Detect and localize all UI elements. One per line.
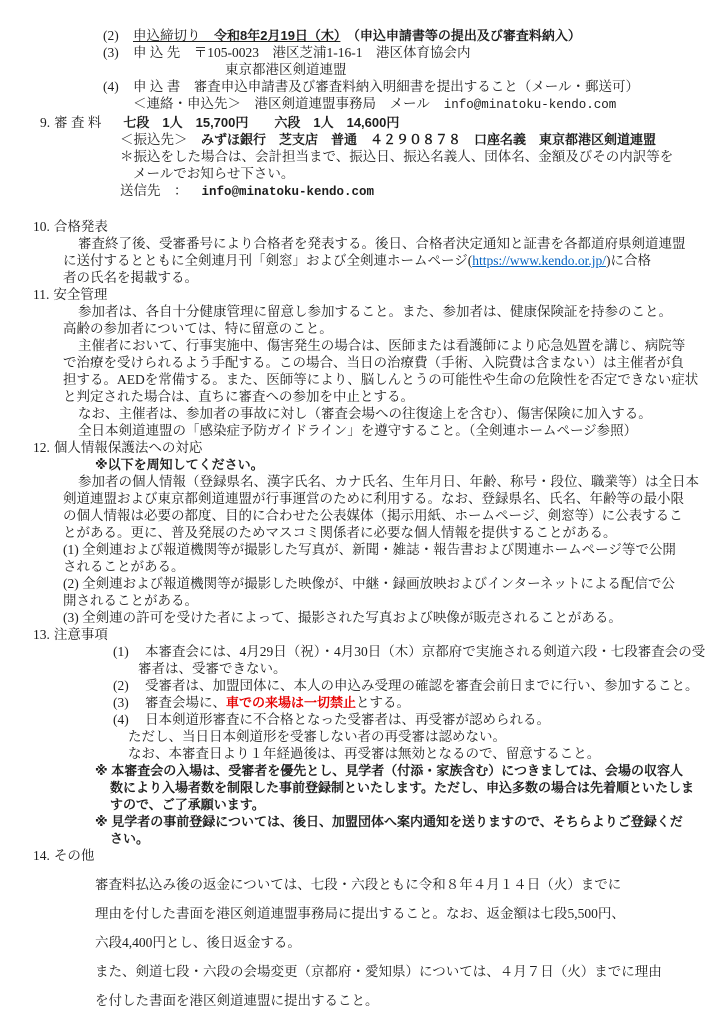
section-number: 9. [40,114,50,131]
body-text: 担する。AEDを常備する。また、医師等により、脳しんとうの可能性や生命の危険性を… [63,372,698,387]
safety-line: 担する。AEDを常備する。また、医師等により、脳しんとうの可能性や生命の危険性を… [63,371,706,388]
transfer-note-line-2: メールでお知らせ下さい。 [133,165,706,182]
body-text: 全日本剣道連盟の「感染症予防ガイドライン」を遵守すること。（全剣連ホームページ参… [78,423,637,438]
privacy-item-line: (1) 全剣連および報道機関等が撮影した写真が、新聞・雑誌・報告書および関連ホー… [63,541,706,558]
section-title: 審 査 料 [54,115,101,130]
section-title: 安全管理 [53,287,107,302]
section-title: 合格発表 [54,219,108,234]
item-number: (1) [113,643,145,660]
body-text: )に合格 [606,253,651,268]
body-text: を付した書面を港区剣道連盟に提出すること。 [95,993,379,1008]
admission-notice-line: すので、ご了承願います。 [110,796,706,813]
body-text: (1) 全剣連および報道機関等が撮影した写真が、新聞・雑誌・報告書および関連ホー… [63,542,676,557]
body-text: で治療を受けられるよう手配する。この場合、当日の治療費（手術、入院費は含まない）… [63,355,684,370]
body-text: の個人情報は必要の都度、目的に合わせた公表媒体（掲示用紙、ホームページ、剣窓等）… [63,508,683,523]
refund-line: 理由を付した書面を港区剣道連盟事務局に提出すること。なお、返金額は七段5,500… [95,899,706,928]
privacy-line: 剣道連盟および東京都剣道連盟が行事運営のために利用する。なお、登録県名、氏名、年… [63,490,706,507]
admission-notice-line: ※ 本審査会の入場は、受審者を優先とし、見学者（付添・家族含む）につきましては、… [95,762,706,779]
body-text: 審査終了後、受審番号により合格者を発表する。後日、合格者決定通知と証書を各都道府… [78,236,686,251]
section-12-header: 12.個人情報保護法への対応 [33,439,706,456]
caution-item-1-wrap: 審者は、受審できない。 [138,660,706,677]
section-title: 個人情報保護法への対応 [54,440,203,455]
bank-details: みずほ銀行 芝支店 普通 ４２９０８７８ 口座名義 東京都港区剣道連盟 [201,132,656,147]
transfer-note-text: ＊振込をした場合は、会計担当まで、振込日、振込名義人、団体名、金額及びその内訳等… [120,149,673,164]
deadline-label: 申込締切り [133,28,214,43]
contact-email: info@minatoku-kendo.com [444,98,617,112]
section-number: 13. [33,626,50,643]
form-text: 申 込 書 審査申込申請書及び審査料納入明細書を提出すること（メール・郵送可） [133,79,639,94]
body-text: 審者は、受審できない。 [138,661,287,676]
section-14-body: 審査料払込み後の返金については、七段・六段ともに令和８年４月１４日（火）までに … [33,870,706,1015]
privacy-item-line: 開されることがある。 [63,592,706,609]
body-text: 理由を付した書面を港区剣道連盟事務局に提出すること。なお、返金額は七段5,500… [95,906,625,921]
body-text: 本審査会には、4月29日（祝）・4月30日（木）京都府で実施される剣道六段・七段… [145,644,705,659]
body-text: に送付するとともに全剣連月刊「剣窓」および全剣連ホームページ( [63,253,472,268]
caution-item-4-sub: ただし、当日日本剣道形を受審しない者の再受審は認めない。 [128,728,706,745]
section-number: 12. [33,439,50,456]
caution-item-4: (4)日本剣道形審査に不合格となった受審者は、再受審が認められる。 [113,711,706,728]
admission-notice-line: 数により入場者数を制限した事前登録制といたします。ただし、申込多数の場合は先着順… [110,779,706,796]
item-number: (2) [113,677,145,694]
section-number: 10. [33,218,50,235]
body-text: とする。 [356,695,410,710]
section-number: 11. [33,286,49,303]
kendo-homepage-link[interactable]: https://www.kendo.or.jp/ [472,253,606,268]
safety-line: で治療を受けられるよう手配する。この場合、当日の治療費（手術、入院費は含まない）… [63,354,706,371]
visitor-registration-line: ※ 見学者の事前登録については、後日、加盟団体へ案内通知を送りますので、そちらよ… [95,813,706,830]
application-form-line: (4)申 込 書 審査申込申請書及び審査料納入明細書を提出すること（メール・郵送… [103,78,706,95]
no-car-warning: 車での来場は一切禁止 [226,695,356,710]
notice-text: さい。 [110,831,149,846]
privacy-item-line: (2) 全剣連および報道機関等が撮影した映像が、中継・録画放映およびインターネッ… [63,575,706,592]
venue-change-line: を付した書面を港区剣道連盟に提出すること。 [95,986,706,1015]
venue-change-line: また、剣道七段・六段の会場変更（京都府・愛知県）については、４月７日（火）までに… [95,957,706,986]
privacy-item-line: (3) 全剣連の許可を受けた者によって、撮影された写真および映像が販売されること… [63,609,706,626]
privacy-line: とがある。更に、普及発展のためマスコミ関係者に必要な個人情報を提供することがある… [63,524,706,541]
section-14-header: 14.その他 [33,847,706,864]
body-text: なお、主催者は、参加者の事故に対し（審査会場への往復途上を含む）、傷害保険に加入… [78,406,652,421]
body-text: 受審者は、加盟団体に、本人の申込み受理の確認を審査会前日までに行い、参加すること… [145,678,699,693]
document-page: (2)申込締切り 令和8年2月19日（木） （申込申請書等の提出及び審査料納入）… [0,0,724,1024]
deadline-note: （申込申請書等の提出及び審査料納入） [340,28,581,43]
send-to-label: 送信先 ： [120,183,188,198]
section-number: 14. [33,847,50,864]
privacy-line: 参加者の個人情報（登録県名、漢字氏名、カナ氏名、生年月日、年齢、称号・段位、職業… [78,473,706,490]
transfer-note-text: メールでお知らせ下さい。 [133,166,294,181]
item-number: (2) [103,27,133,44]
safety-line: 参加者は、各自十分健康管理に留意し参加すること。また、参加者は、健康保険証を持参… [78,303,706,320]
contact-label: ＜連絡・申込先＞ 港区剣道連盟事務局 メール [133,96,430,111]
safety-line: と判定された場合は、直ちに審査への参加を中止とする。 [63,388,706,405]
result-announcement-line: 者の氏名を掲載する。 [63,269,706,286]
body-text: 主催者において、行事実施中、傷害発生の場合は、医師または看護師により応急処置を講… [78,338,685,353]
section-13-header: 13.注意事項 [33,626,706,643]
safety-line: なお、主催者は、参加者の事故に対し（審査会場への往復途上を含む）、傷害保険に加入… [78,405,706,422]
privacy-line: の個人情報は必要の都度、目的に合わせた公表媒体（掲示用紙、ホームページ、剣窓等）… [63,507,706,524]
section-title: その他 [54,848,95,863]
notice-text: すので、ご了承願います。 [110,797,265,812]
privacy-notice-line: ※以下を周知してください。 [95,456,706,473]
organization-name: 東京都港区剣道連盟 [225,62,347,77]
caution-item-4-sub: なお、本審査日より１年経過後は、再受審は無効となるので、留意すること。 [128,745,706,762]
privacy-item-line: されることがある。 [63,558,706,575]
address-text: 申 込 先 〒105-0023 港区芝浦1-16-1 港区体育協会内 [133,45,471,60]
body-text: とがある。更に、普及発展のためマスコミ関係者に必要な個人情報を提供することがある… [63,525,617,540]
body-text: 審査会場に、 [145,695,226,710]
section-9-fee-line: 9.審 査 料七段 1人 15,700円 六段 1人 14,600円 [40,114,706,131]
body-text: 日本剣道形審査に不合格となった受審者は、再受審が認められる。 [145,712,550,727]
item-number: (4) [103,78,133,95]
application-address-line: (3)申 込 先 〒105-0023 港区芝浦1-16-1 港区体育協会内 [103,44,706,61]
send-to-email: info@minatoku-kendo.com [202,185,375,199]
caution-item-3: (3)審査会場に、車での来場は一切禁止とする。 [113,694,706,711]
body-text: 審査料払込み後の返金については、七段・六段ともに令和８年４月１４日（火）までに [95,877,621,892]
body-text: 高齢の参加者については、特に留意のこと。 [63,321,333,336]
deadline-date: 令和8年2月19日（木） [214,28,340,43]
notice-text: 数により入場者数を制限した事前登録制といたします。ただし、申込多数の場合は先着順… [110,780,694,795]
item-number: (3) [103,44,133,61]
send-to-line: 送信先 ：info@minatoku-kendo.com [120,182,706,201]
transfer-note-line-1: ＊振込をした場合は、会計担当まで、振込日、振込名義人、団体名、金額及びその内訳等… [120,148,706,165]
safety-line: 全日本剣道連盟の「感染症予防ガイドライン」を遵守すること。（全剣連ホームページ参… [78,422,706,439]
visitor-registration-line: さい。 [110,830,706,847]
organization-line: 東京都港区剣道連盟 [225,61,706,78]
item-number: (4) [113,711,145,728]
body-text: (2) 全剣連および報道機関等が撮影した映像が、中継・録画放映およびインターネッ… [63,576,675,591]
notice-text: ※ 本審査会の入場は、受審者を優先とし、見学者（付添・家族含む）につきましては、… [95,763,683,778]
section-11-header: 11.安全管理 [33,286,706,303]
caution-item-2: (2)受審者は、加盟団体に、本人の申込み受理の確認を審査会前日までに行い、参加す… [113,677,706,694]
body-text: 参加者は、各自十分健康管理に留意し参加すること。また、参加者は、健康保険証を持参… [78,304,672,319]
fee-amounts: 七段 1人 15,700円 六段 1人 14,600円 [123,115,399,130]
notice-text: ※ 見学者の事前登録については、後日、加盟団体へ案内通知を送りますので、そちらよ… [95,814,683,829]
body-text: (3) 全剣連の許可を受けた者によって、撮影された写真および映像が販売されること… [63,610,622,625]
body-text: また、剣道七段・六段の会場変更（京都府・愛知県）については、４月７日（火）までに… [95,964,662,979]
section-title: 注意事項 [54,627,108,642]
refund-line: 六段4,400円とし、後日返金する。 [95,928,706,957]
bank-transfer-line: ＜振込先＞ みずほ銀行 芝支店 普通 ４２９０８７８ 口座名義 東京都港区剣道連… [120,131,706,148]
caution-item-1: (1)本審査会には、4月29日（祝）・4月30日（木）京都府で実施される剣道六段… [113,643,706,660]
body-text: 者の氏名を掲載する。 [63,270,198,285]
contact-line: ＜連絡・申込先＞ 港区剣道連盟事務局 メールinfo@minatoku-kend… [133,95,706,114]
bank-label: ＜振込先＞ [120,132,201,147]
item-number: (3) [113,694,145,711]
application-deadline-line: (2)申込締切り 令和8年2月19日（木） （申込申請書等の提出及び審査料納入） [103,27,706,44]
refund-line: 審査料払込み後の返金については、七段・六段ともに令和８年４月１４日（火）までに [95,870,706,899]
safety-line: 主催者において、行事実施中、傷害発生の場合は、医師または看護師により応急処置を講… [78,337,706,354]
body-text: 剣道連盟および東京都剣道連盟が行事運営のために利用する。なお、登録県名、氏名、年… [63,491,684,506]
body-text: なお、本審査日より１年経過後は、再受審は無効となるので、留意すること。 [128,746,600,761]
body-text: 開されることがある。 [63,593,198,608]
section-10-header: 10.合格発表 [33,218,706,235]
notice-text: ※以下を周知してください。 [95,457,264,472]
safety-line: 高齢の参加者については、特に留意のこと。 [63,320,706,337]
body-text: と判定された場合は、直ちに審査への参加を中止とする。 [63,389,414,404]
result-announcement-line: 審査終了後、受審番号により合格者を発表する。後日、合格者決定通知と証書を各都道府… [78,235,706,252]
body-text: されることがある。 [63,559,185,574]
result-announcement-line: に送付するとともに全剣連月刊「剣窓」および全剣連ホームページ(https://w… [63,252,706,269]
body-text: ただし、当日日本剣道形を受審しない者の再受審は認めない。 [128,729,506,744]
body-text: 六段4,400円とし、後日返金する。 [95,935,301,950]
body-text: 参加者の個人情報（登録県名、漢字氏名、カナ氏名、生年月日、年齢、称号・段位、職業… [78,474,699,489]
